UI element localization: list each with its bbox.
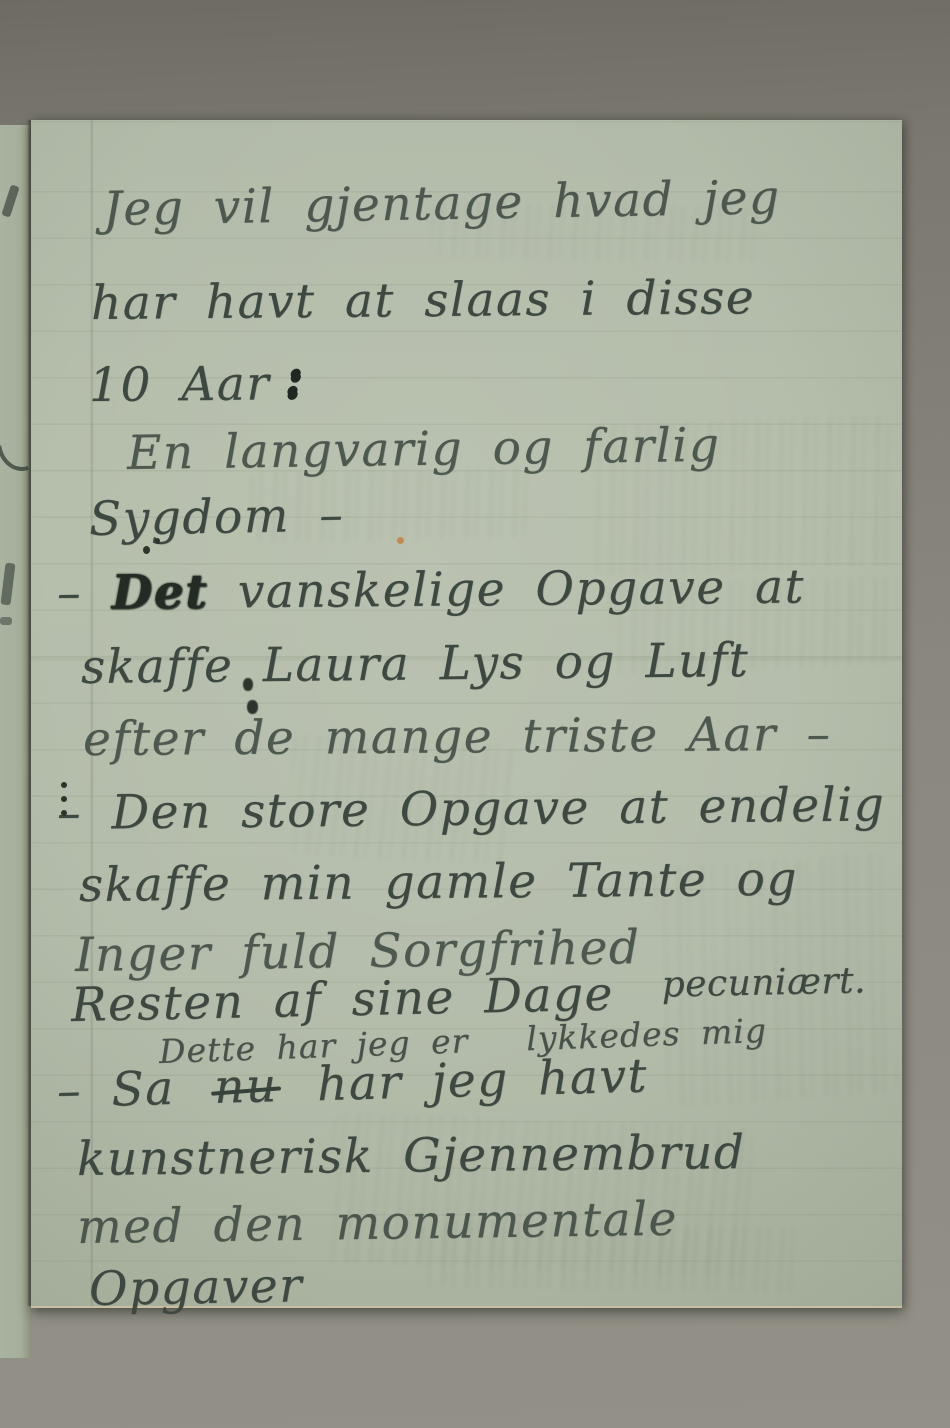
ink-blot — [243, 678, 253, 691]
ink-mark — [0, 441, 29, 476]
struck-word: nu — [213, 1058, 278, 1115]
ink-dot — [143, 546, 150, 554]
ink-dot — [61, 810, 67, 816]
handwriting-line: – Det vanskelige Opgave at — [57, 559, 805, 621]
line-tail-text: pecuniært. — [661, 960, 866, 1005]
line-text: – Sa — [56, 1061, 175, 1119]
handwriting-line: 10 Aar: — [89, 348, 306, 414]
ink-mark — [0, 563, 15, 606]
ink-mark — [0, 617, 12, 625]
handwriting-line: skaffe Laura Lys og Luft — [81, 633, 750, 695]
adjacent-page-edge — [0, 125, 30, 1358]
ink-dot — [61, 796, 67, 802]
ink-mark — [1, 184, 19, 217]
line-text: 10 Aar — [89, 356, 271, 413]
ink-blot — [247, 700, 258, 714]
paper-speck — [397, 537, 404, 544]
dash: – — [57, 566, 82, 621]
handwriting-line: kunstnerisk Gjennembrud — [77, 1125, 746, 1187]
blotted-word: Det — [111, 565, 208, 621]
letter-page: Jeg vil gjentage hvad jeg har havt at sl… — [31, 120, 902, 1308]
line-text: vanskelige Opgave at — [238, 559, 806, 619]
handwriting-line: Sygdom – — [89, 488, 345, 547]
handwriting-line: – Den store Opgave at endelig — [57, 777, 886, 841]
handwriting-line: En langvarig og farlig — [127, 418, 721, 481]
ink-dot — [61, 782, 67, 788]
handwriting-line: Opgaver — [89, 1258, 304, 1317]
photo-backdrop: Jeg vil gjentage hvad jeg har havt at sl… — [0, 0, 950, 1428]
handwriting-line: skaffe min gamle Tante og — [79, 852, 798, 913]
handwriting-line: efter de mange triste Aar – — [83, 707, 832, 767]
handwriting-line: med den monumentale — [77, 1192, 679, 1255]
ink-dot — [155, 538, 160, 544]
ink-colon-blot: : — [284, 348, 306, 412]
line-text: har jeg havt — [316, 1049, 648, 1113]
handwriting-line: har havt at slaas i disse — [91, 270, 756, 331]
